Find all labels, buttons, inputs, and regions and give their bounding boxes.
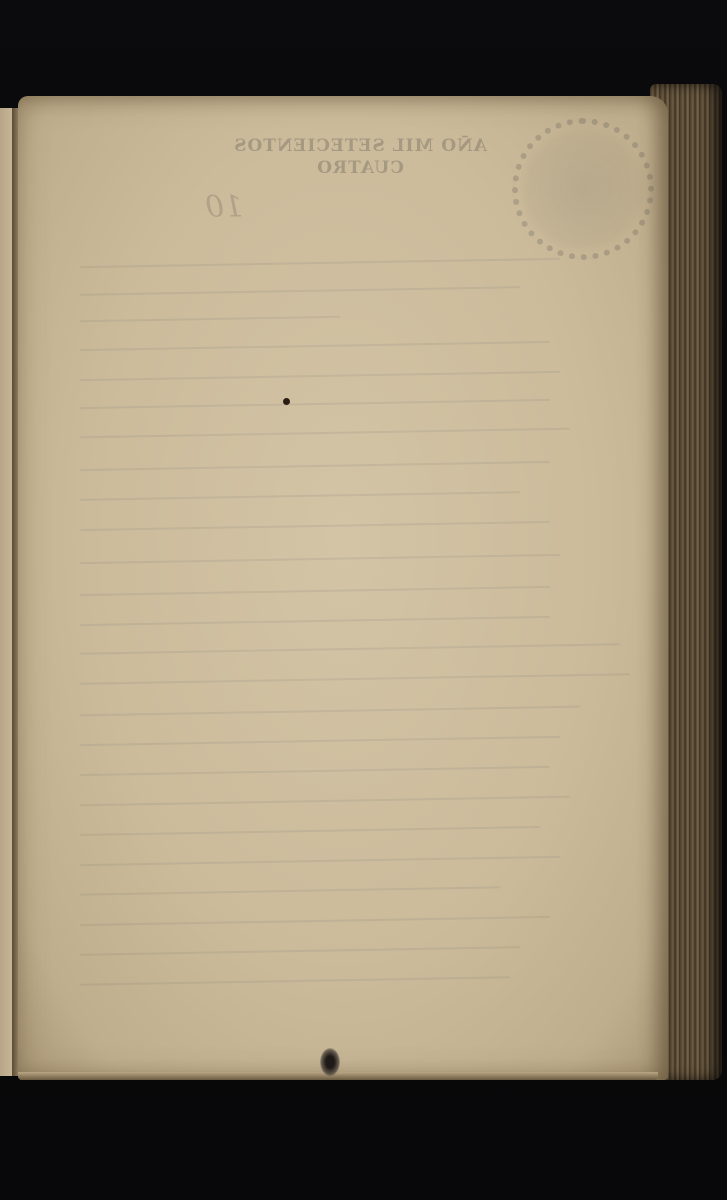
page-bottom-edge: [18, 1072, 658, 1080]
mirrored-stamp-text: AÑO MIL SETECIENTOS CUATRO: [230, 135, 490, 179]
stamp-line-2: CUATRO: [230, 157, 490, 179]
ink-dot: [283, 398, 290, 405]
seal-stamp-icon: [512, 118, 654, 260]
stamp-line-1: AÑO MIL SETECIENTOS: [230, 135, 490, 157]
ink-blot: [320, 1048, 340, 1076]
stamp-number: 10: [205, 190, 243, 225]
book-gutter: [12, 108, 18, 1076]
